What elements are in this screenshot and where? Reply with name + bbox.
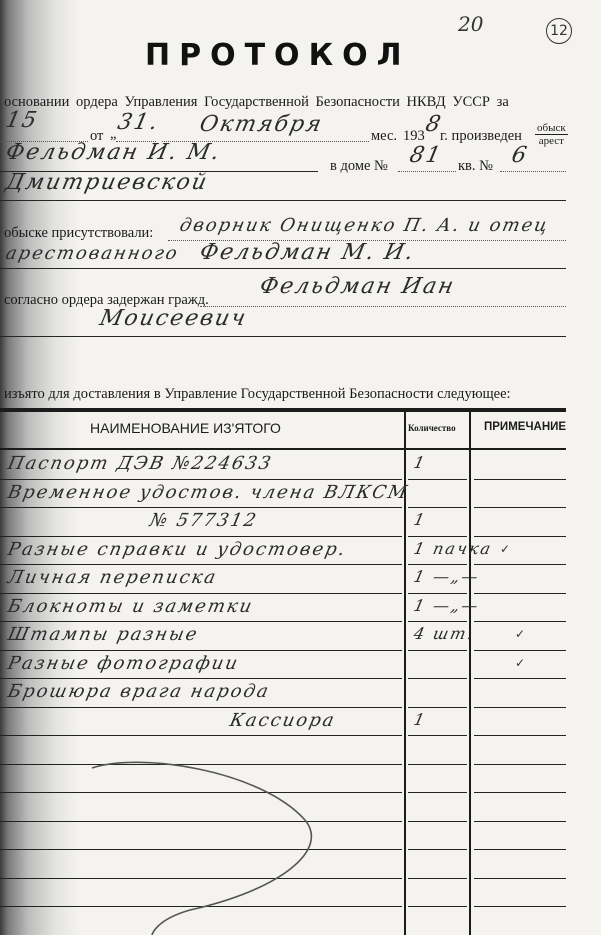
header-quantity: Количество [408, 423, 456, 433]
check-mark-icon: ✓ [515, 627, 525, 642]
item-quantity: 1 —„— [412, 596, 482, 615]
order-day: 31. [115, 110, 161, 135]
witnesses-line-1: дворник Онищенко П. А. и отец [178, 215, 551, 236]
witnesses-label: обыске присутствовали: [4, 225, 153, 242]
seized-intro: изъято для доставления в Управление Госу… [4, 386, 511, 403]
item-name: Паспорт ДЭВ №224633 [6, 453, 275, 474]
item-name: Разные фотографии [6, 653, 241, 674]
order-month: Октября [197, 112, 325, 137]
check-mark-icon: ✓ [500, 542, 510, 557]
header-item-name: НАИМЕНОВАНИЕ ИЗ'ЯТОГО [90, 420, 281, 436]
detained-name-line-2: Моисеевич [97, 306, 249, 331]
month-label: мес. [371, 128, 397, 145]
item-quantity: 1 пачка [412, 539, 494, 558]
item-name: Временное удостов. члена ВЛКСМ [6, 482, 411, 503]
item-name: Кассиора [228, 710, 338, 731]
item-quantity: 4 шт. [412, 624, 477, 643]
item-name: Штампы разные [6, 624, 201, 645]
action-type: обыск арест [535, 122, 568, 147]
witnesses-line-2-prefix: арестованного [4, 243, 181, 264]
item-name: Блокноты и заметки [6, 596, 256, 617]
cancellation-scribble-icon [80, 760, 340, 935]
apt-number: 6 [509, 143, 530, 168]
order-number: 15 [3, 108, 40, 133]
apt-label: кв. № [458, 158, 493, 175]
year-label: г. произведен [440, 128, 522, 145]
detained-name-line-1: Фельдман Иан [257, 274, 457, 299]
person-name: Фельдман И. М. [3, 140, 223, 165]
item-quantity: 1 —„— [412, 567, 482, 586]
header-line-1: основании ордера Управления Государствен… [4, 94, 509, 111]
item-name: Брошюра врага народа [6, 681, 272, 702]
header-note: ПРИМЕЧАНИЕ [484, 421, 566, 433]
action-search: обыск [535, 122, 568, 135]
check-mark-icon: ✓ [515, 656, 525, 671]
table-top-border [0, 408, 566, 412]
page-number-handwritten: 20 [458, 12, 483, 36]
street-name: Дмитриевской [3, 170, 210, 195]
house-number: 81 [407, 143, 444, 168]
item-name: № 577312 [148, 510, 260, 531]
witnesses-line-2: Фельдман М. И. [197, 240, 417, 265]
item-name: Разные справки и удостовер. [6, 539, 349, 560]
action-arrest: арест [535, 135, 568, 147]
page-number-circled: 12 [546, 18, 572, 44]
item-name: Личная переписка [6, 567, 220, 588]
house-label: в доме № [330, 158, 388, 175]
document-title: ПРОТОКОЛ [145, 38, 411, 73]
table-row [0, 507, 566, 536]
